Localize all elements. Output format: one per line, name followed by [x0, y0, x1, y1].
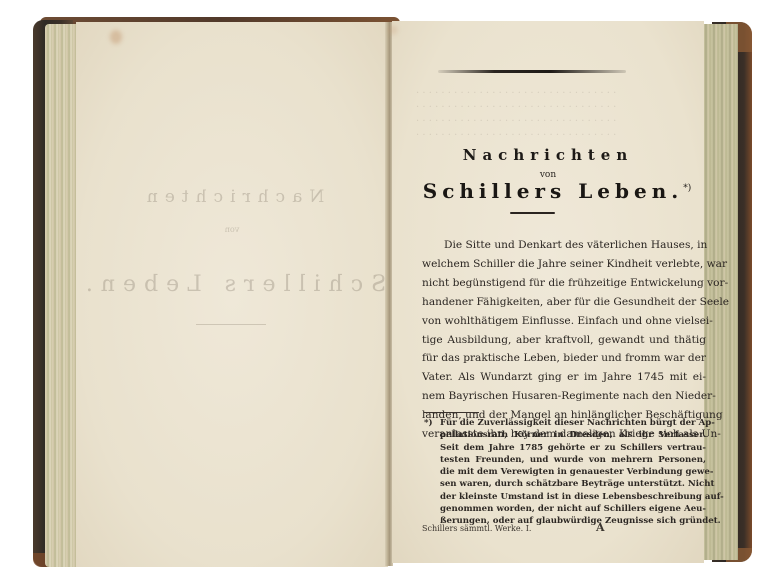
body-line: nem Bayrischen Husaren-Regimente nach de…	[422, 387, 706, 406]
footnote-line-text: Für die Zuverlässigkeit dieser Nachricht…	[440, 418, 715, 428]
bleed-through-line-1: Nachrichten	[76, 187, 388, 207]
title-text: Schillers Leben.	[423, 179, 683, 203]
right-page: · · · · · · · · · · · · · · · · · · · · …	[392, 21, 704, 563]
page-top-rule	[438, 70, 626, 73]
bleed-through-text: · · · · · · · · · · · · · · · · · · · · …	[416, 101, 696, 114]
footnote-line: sen waren, durch schätzbare Beyträge unt…	[424, 478, 706, 490]
bleed-through-line-2: von	[76, 225, 388, 234]
left-page: Nachrichten von Schillers Leben.	[76, 22, 388, 567]
bleed-through-line-3: Schillers Leben.	[76, 272, 388, 297]
body-line: tige Ausbildung, aber kraftvoll, gewandt…	[422, 331, 706, 350]
bleed-through-text: · · · · · · · · · · · · · · · · · · · · …	[416, 129, 696, 142]
footnote-rule	[424, 412, 479, 413]
footnote: *)Für die Zuverlässigkeit dieser Nachric…	[424, 417, 706, 528]
body-line: von wohlthätigem Einflusse. Einfach und …	[422, 312, 706, 331]
body-line: nicht begünstigend für die frühzeitige E…	[422, 274, 706, 293]
title-rule	[510, 212, 555, 214]
book-photograph: Nachrichten von Schillers Leben. · · · ·…	[0, 0, 780, 586]
footnote-line: pellationsrath Körner in Dresden, als ih…	[424, 429, 706, 441]
footnote-line: genommen worden, der nicht auf Schillers…	[424, 503, 706, 515]
bleed-through-text: · · · · · · · · · · · · · · · · · · · · …	[416, 115, 696, 128]
title-line-nachrichten: Nachrichten	[392, 146, 704, 164]
signature-line: Schillers sämmtl. Werke. I.	[422, 524, 531, 533]
bleed-through-text: · · · · · · · · · · · · · · · · · · · · …	[416, 87, 696, 100]
body-line: für das praktische Leben, bieder und fro…	[422, 349, 706, 368]
footnote-line: testen Freunden, und wurde von mehrern P…	[424, 454, 706, 466]
foxing-stain	[388, 25, 398, 35]
bleed-through-rule	[196, 324, 266, 325]
signature-mark: A	[596, 521, 605, 534]
title-line-schillers-leben: Schillers Leben.*)	[412, 179, 702, 203]
footnote-line: Seit dem Jahre 1785 gehörte er zu Schill…	[424, 442, 706, 454]
title-footnote-marker: *)	[683, 183, 691, 193]
footnote-line: die mit dem Verewigten in genauester Ver…	[424, 466, 706, 478]
footnote-line: *)Für die Zuverlässigkeit dieser Nachric…	[424, 417, 706, 429]
foxing-stain	[110, 30, 122, 44]
body-line: welchem Schiller die Jahre seiner Kindhe…	[422, 255, 706, 274]
body-line: Die Sitte und Denkart des väterlichen Ha…	[422, 236, 706, 255]
footnote-marker: *)	[424, 417, 440, 429]
body-line: Vater. Als Wundarzt ging er im Jahre 174…	[422, 368, 706, 387]
body-line: handener Fähigkeiten, aber für die Gesun…	[422, 293, 706, 312]
page-edges-left	[45, 24, 79, 567]
footnote-line: der kleinste Umstand ist in diese Lebens…	[424, 491, 706, 503]
